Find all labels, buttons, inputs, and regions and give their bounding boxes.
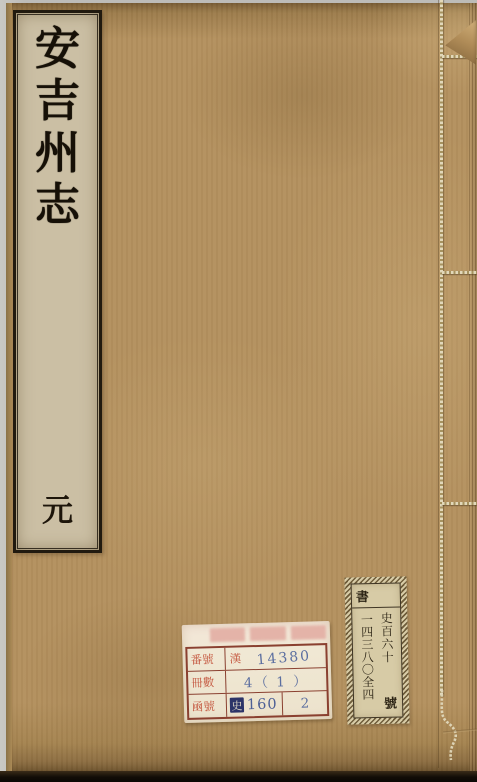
classification-text: 史百六十 xyxy=(379,612,394,664)
category-stamp: 史 xyxy=(230,697,244,712)
volumes-label: 冊數 xyxy=(188,671,227,694)
catalog-label: 番號 漢 14380 冊數 4（ 1 ） 凾號 史 160 xyxy=(182,621,333,723)
book-spine-edge xyxy=(6,3,12,772)
serial-label: 番號 xyxy=(187,648,226,671)
binding-thread xyxy=(440,0,443,697)
title-char: 吉 xyxy=(35,78,80,124)
case-label-text: 凾號 xyxy=(192,698,215,715)
call-number-frame: 書 史百六十 號 一四三八〇全四 xyxy=(351,582,404,718)
thread-tail xyxy=(436,690,468,762)
title-char: 州 xyxy=(35,130,80,176)
redacted-stamp xyxy=(250,626,286,641)
book-title: 安 吉 州 志 xyxy=(16,26,99,228)
case-number: 160 xyxy=(247,696,278,713)
volumes-value: 4（ 1 ） xyxy=(226,669,327,692)
set-mark: 全 xyxy=(361,676,375,689)
number-suffix: 號 xyxy=(384,693,397,712)
volume-mark: 元 xyxy=(16,485,99,530)
copy-number-cell: 2 xyxy=(282,691,328,715)
catalog-table: 番號 漢 14380 冊數 4（ 1 ） 凾號 史 160 xyxy=(185,643,329,720)
call-number-body: 史百六十 號 一四三八〇全四 xyxy=(352,608,402,718)
thread-stitch xyxy=(442,502,477,505)
book-fore-edge xyxy=(469,3,477,772)
table-row-case: 凾號 史 160 2 xyxy=(189,691,328,718)
redacted-stamp xyxy=(210,627,246,642)
volumes-label-text: 冊數 xyxy=(191,674,214,691)
case-value-cell: 史 160 xyxy=(227,696,282,714)
accession-number-column: 一四三八〇全四 xyxy=(359,613,374,701)
title-char: 安 xyxy=(35,26,80,72)
title-slip: 安 吉 州 志 元 xyxy=(13,10,102,553)
label-header-stamps xyxy=(210,625,326,642)
copy-number: 2 xyxy=(300,695,309,711)
book-shadow xyxy=(0,771,477,782)
serial-label-text: 番號 xyxy=(190,651,213,668)
title-char: 志 xyxy=(35,182,80,228)
redacted-stamp xyxy=(290,625,326,640)
case-label: 凾號 xyxy=(189,694,228,718)
call-number-slip: 書 史百六十 號 一四三八〇全四 xyxy=(344,576,409,724)
book-cover-photo: 安 吉 州 志 元 書 史百六十 號 一四三八〇全四 xyxy=(0,0,477,782)
script-mark: 漢 xyxy=(229,650,241,666)
call-number-header: 書 xyxy=(352,584,400,609)
accession-number: 一四三八〇 xyxy=(359,613,374,676)
set-count: 四 xyxy=(361,688,375,701)
binding-crease xyxy=(438,0,439,768)
serial-number: 14380 xyxy=(241,647,327,670)
thread-stitch xyxy=(442,271,477,274)
